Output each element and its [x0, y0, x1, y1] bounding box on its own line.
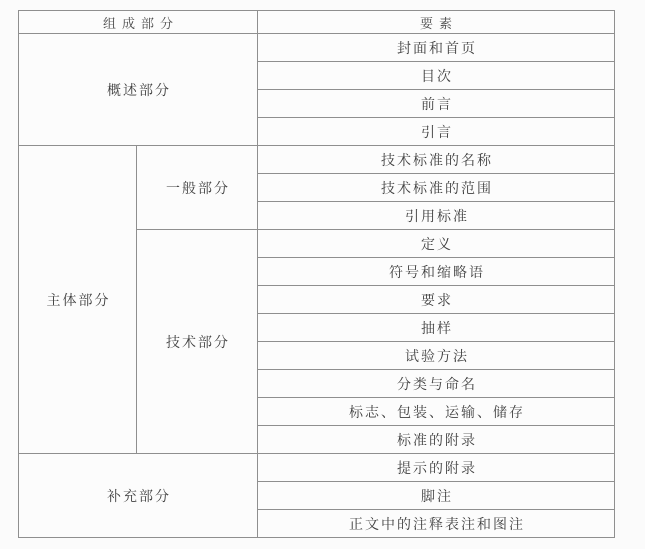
element-cell: 技术标准的名称 — [258, 146, 615, 174]
element-cell: 标志、包装、运输、储存 — [258, 398, 615, 426]
element-cell: 封面和首页 — [258, 34, 615, 62]
header-composition: 组成部分 — [19, 11, 258, 34]
element-cell: 分类与命名 — [258, 370, 615, 398]
element-cell: 引用标准 — [258, 202, 615, 230]
element-cell: 提示的附录 — [258, 454, 615, 482]
sub-technical-cell: 技术部分 — [137, 230, 258, 454]
table-row: 主体部分 一般部分 技术标准的名称 — [19, 146, 615, 174]
element-cell: 符号和缩略语 — [258, 258, 615, 286]
header-element: 要素 — [258, 11, 615, 34]
element-cell: 要求 — [258, 286, 615, 314]
element-cell: 引言 — [258, 118, 615, 146]
table-row: 补充部分 提示的附录 — [19, 454, 615, 482]
table-row: 概述部分 封面和首页 — [19, 34, 615, 62]
sub-general-cell: 一般部分 — [137, 146, 258, 230]
element-cell: 脚注 — [258, 482, 615, 510]
table-header-row: 组成部分 要素 — [19, 11, 615, 34]
element-cell: 标准的附录 — [258, 426, 615, 454]
element-cell: 试验方法 — [258, 342, 615, 370]
element-cell: 技术标准的范围 — [258, 174, 615, 202]
element-cell: 定义 — [258, 230, 615, 258]
group-supplement-cell: 补充部分 — [19, 454, 258, 538]
element-cell: 正文中的注释表注和图注 — [258, 510, 615, 538]
element-cell: 目次 — [258, 62, 615, 90]
element-cell: 前言 — [258, 90, 615, 118]
group-main-cell: 主体部分 — [19, 146, 137, 454]
standard-structure-table: 组成部分 要素 概述部分 封面和首页 目次 前言 引言 主体部分 一般部分 技术… — [18, 10, 615, 538]
element-cell: 抽样 — [258, 314, 615, 342]
standard-structure-table-wrap: 组成部分 要素 概述部分 封面和首页 目次 前言 引言 主体部分 一般部分 技术… — [18, 10, 615, 538]
group-overview-cell: 概述部分 — [19, 34, 258, 146]
